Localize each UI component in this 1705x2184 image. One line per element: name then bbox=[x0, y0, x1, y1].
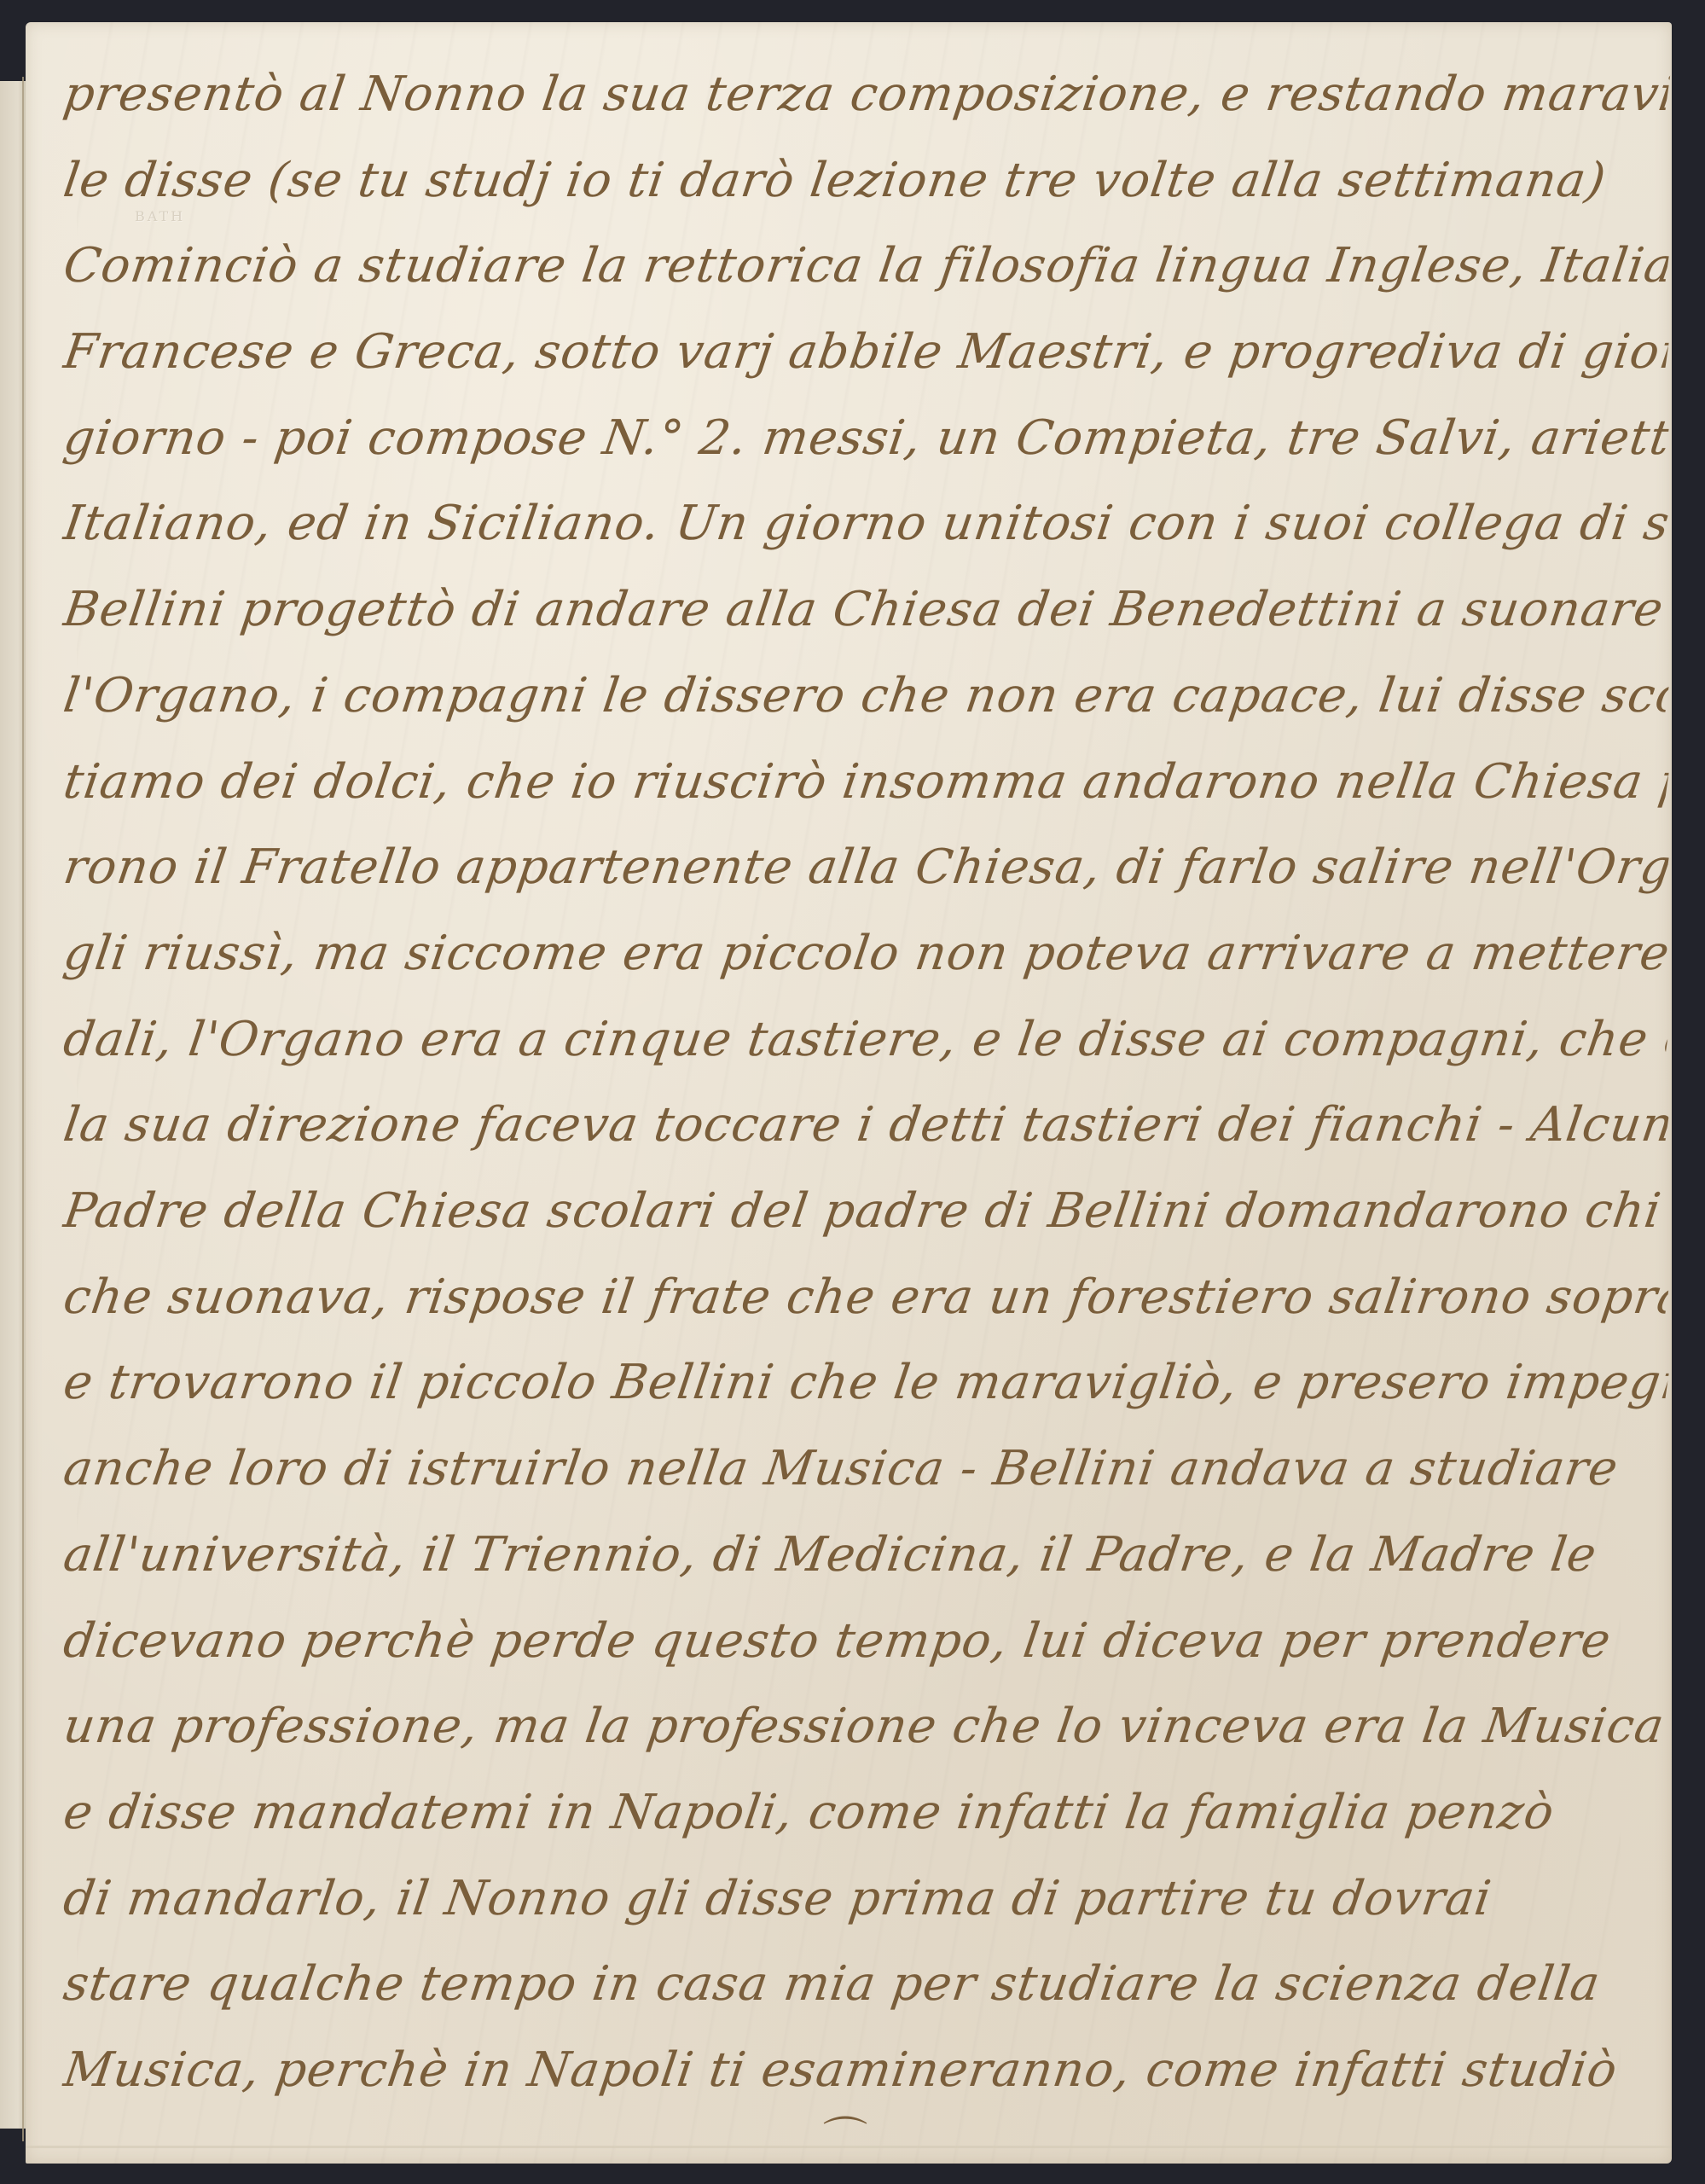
text-line: Padre della Chiesa scolari del padre di … bbox=[58, 1169, 1673, 1254]
text-line: una professione, ma la professione che l… bbox=[58, 1684, 1673, 1769]
text-line: e trovarono il piccolo Bellini che le ma… bbox=[58, 1340, 1673, 1426]
text-line: all'università, il Triennio, di Medicina… bbox=[58, 1513, 1673, 1598]
text-line: Francese e Greca, sotto varj abbile Maes… bbox=[58, 310, 1673, 395]
text-line: dicevano perchè perde questo tempo, lui … bbox=[58, 1599, 1673, 1684]
text-line: anche loro di istruirlo nella Musica - B… bbox=[58, 1426, 1673, 1512]
manuscript-page: BATH presentò al Nonno la sua terza comp… bbox=[26, 22, 1672, 2164]
binding-fold bbox=[22, 77, 24, 2141]
text-line: gli riussì, ma siccome era piccolo non p… bbox=[58, 911, 1673, 996]
text-block: presentò al Nonno la sua terza composizi… bbox=[26, 22, 1672, 2164]
text-line: dali, l'Organo era a cinque tastiere, e … bbox=[58, 997, 1673, 1083]
text-line: la sua direzione faceva toccare i detti … bbox=[58, 1083, 1673, 1168]
text-line: stare qualche tempo in casa mia per stud… bbox=[58, 1942, 1673, 2027]
text-line: presentò al Nonno la sua terza composizi… bbox=[58, 52, 1673, 137]
text-line: rono il Fratello appartenente alla Chies… bbox=[58, 825, 1673, 910]
text-line: tiamo dei dolci, che io riuscirò insomma… bbox=[58, 740, 1673, 825]
text-line: di mandarlo, il Nonno gli disse prima di… bbox=[58, 1856, 1673, 1942]
text-line: e disse mandatemi in Napoli, come infatt… bbox=[58, 1770, 1673, 1856]
text-line: Cominciò a studiare la rettorica la filo… bbox=[58, 224, 1673, 309]
text-line: Musica, perchè in Napoli ti esamineranno… bbox=[58, 2028, 1673, 2113]
text-line: giorno - poi compose N.° 2. messi, un Co… bbox=[58, 396, 1673, 481]
text-line: l'Organo, i compagni le dissero che non … bbox=[58, 653, 1673, 739]
text-line: Italiano, ed in Siciliano. Un giorno uni… bbox=[58, 481, 1673, 566]
text-line: le disse (se tu studj io ti darò lezione… bbox=[58, 138, 1673, 224]
catchword-mark: ⌒ bbox=[823, 2103, 867, 2167]
text-line: che suonava, rispose il frate che era un… bbox=[58, 1255, 1673, 1340]
text-line: Bellini progettò di andare alla Chiesa d… bbox=[58, 567, 1673, 653]
